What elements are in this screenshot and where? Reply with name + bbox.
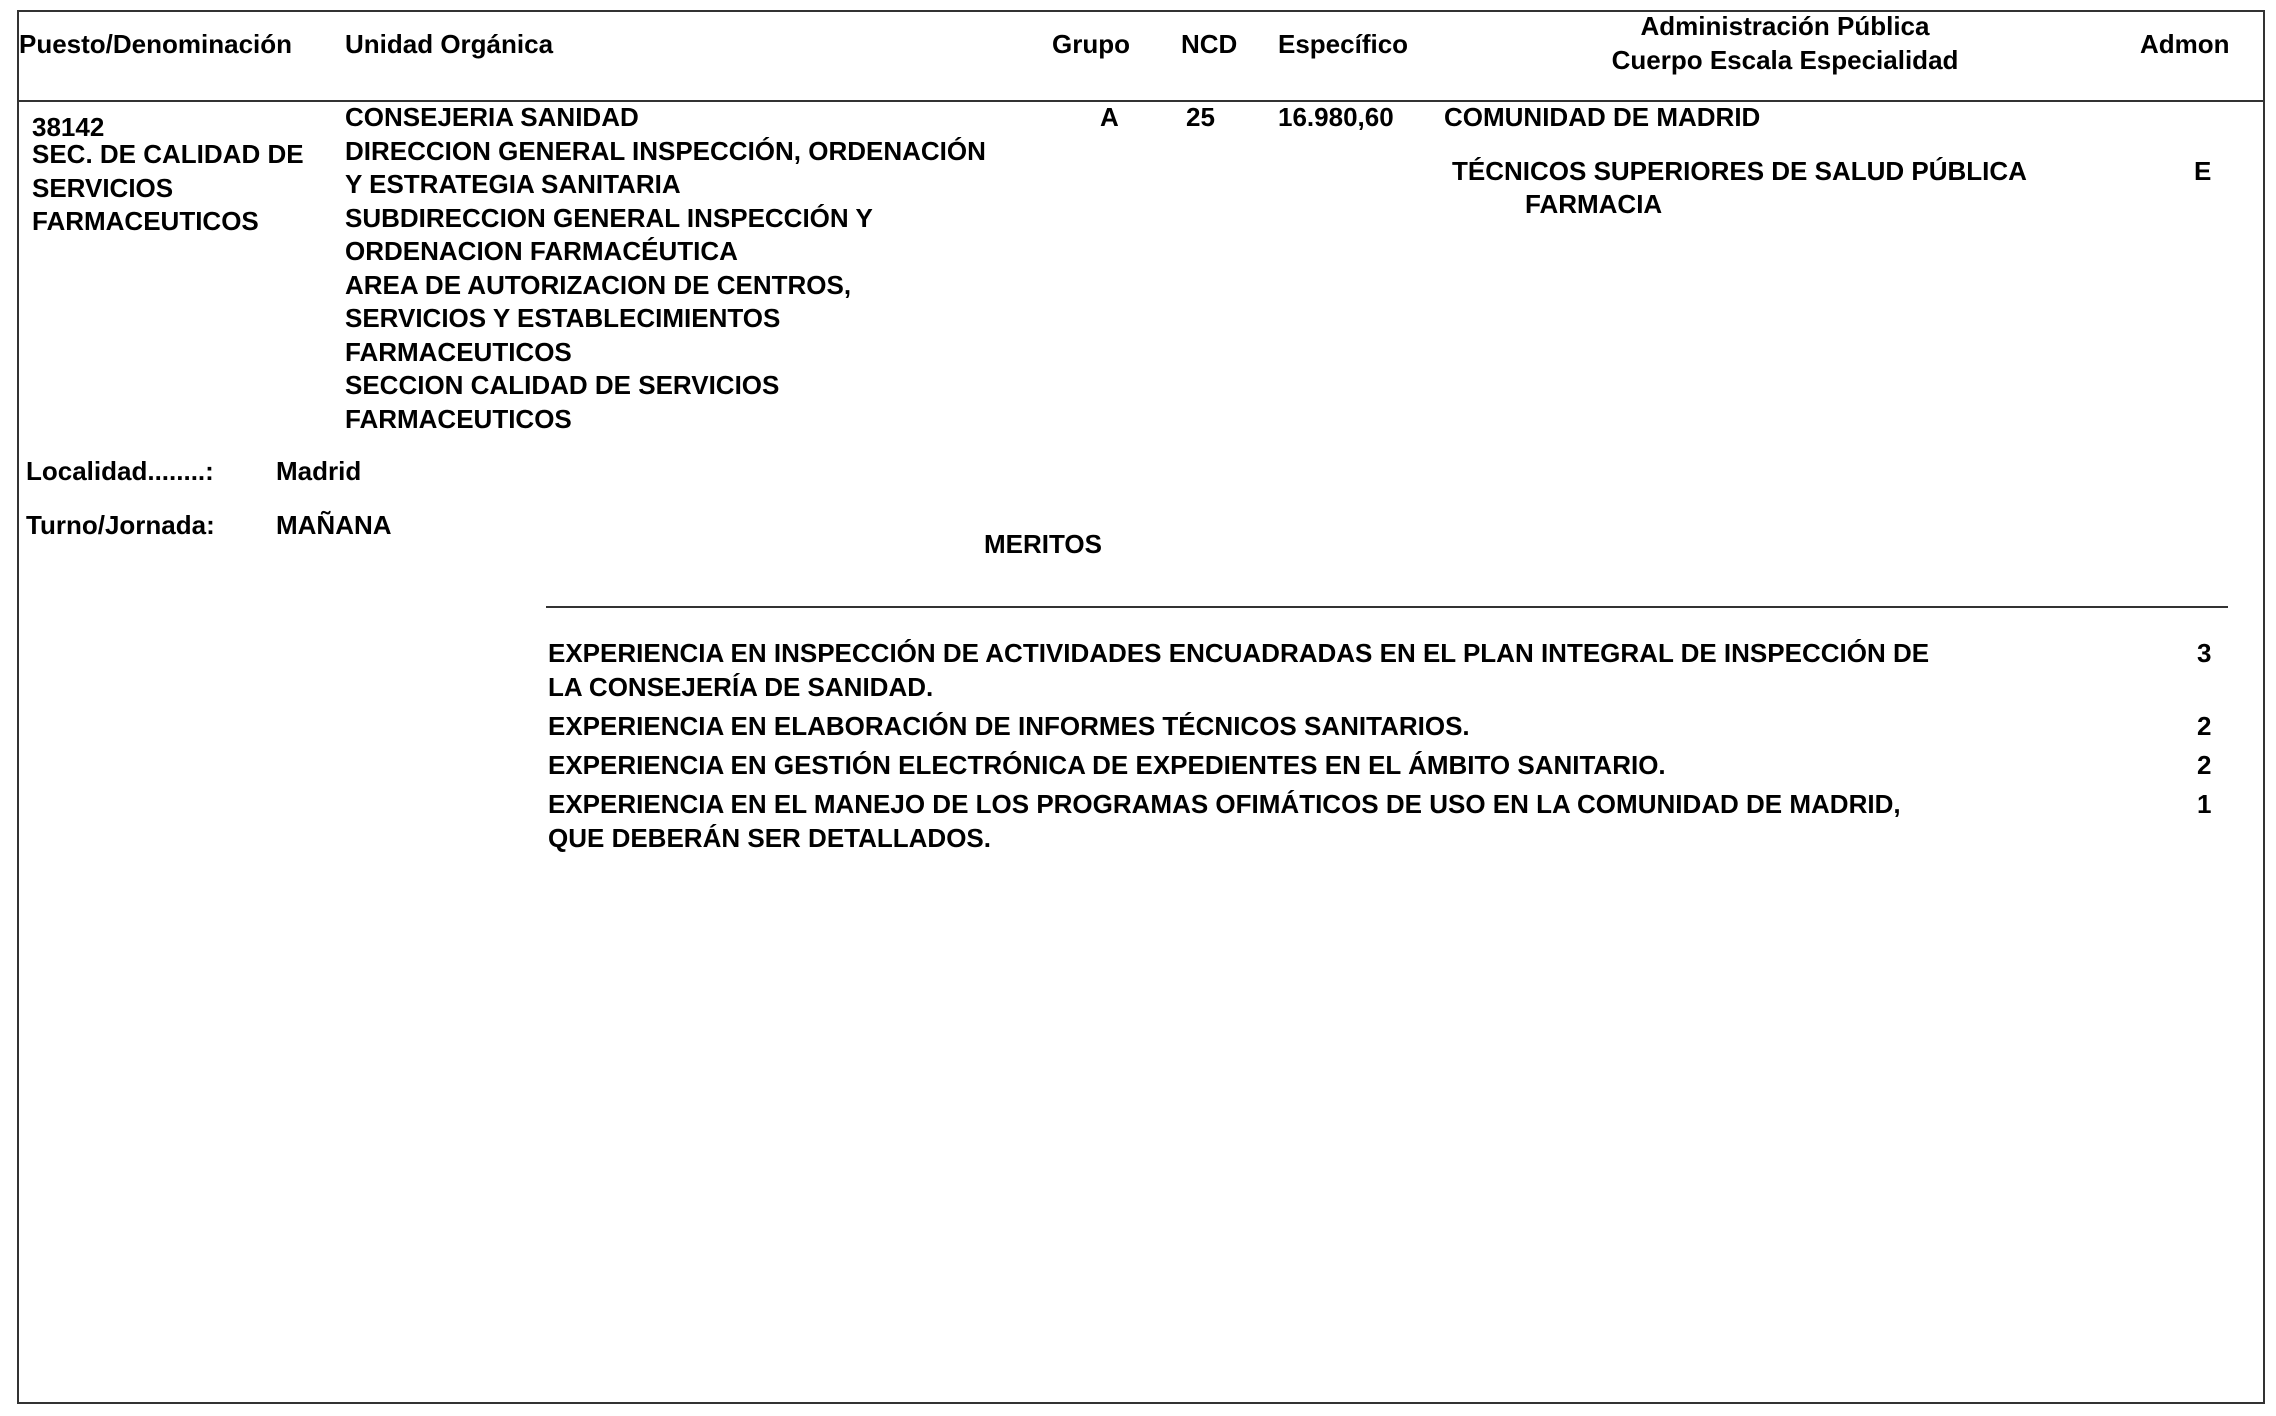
grupo-value: A bbox=[1100, 101, 1119, 135]
especialidad-value: FARMACIA bbox=[1525, 188, 1662, 222]
unidad-organica: CONSEJERIA SANIDAD DIRECCION GENERAL INS… bbox=[345, 101, 986, 436]
especifico-value: 16.980,60 bbox=[1278, 101, 1394, 135]
cuerpo-value: TÉCNICOS SUPERIORES DE SALUD PÚBLICA bbox=[1452, 155, 2027, 189]
col-header-ncd: NCD bbox=[1181, 28, 1237, 62]
col-header-admon: Admon bbox=[2140, 28, 2230, 62]
puesto-denominacion: SEC. DE CALIDAD DE SERVICIOS FARMACEUTIC… bbox=[32, 138, 304, 239]
merito-item: EXPERIENCIA EN EL MANEJO DE LOS PROGRAMA… bbox=[548, 788, 1901, 855]
meritos-title: MERITOS bbox=[984, 528, 1102, 562]
merito-item: EXPERIENCIA EN GESTIÓN ELECTRÓNICA DE EX… bbox=[548, 749, 1666, 783]
col-header-grupo: Grupo bbox=[1052, 28, 1130, 62]
ncd-value: 25 bbox=[1186, 101, 1215, 135]
turno-label: Turno/Jornada: bbox=[26, 509, 215, 543]
col-header-administracion: Administración Pública bbox=[1560, 10, 2010, 44]
administracion-value: COMUNIDAD DE MADRID bbox=[1444, 101, 1760, 135]
merito-points: 1 bbox=[2197, 788, 2211, 822]
merito-points: 2 bbox=[2197, 749, 2211, 783]
localidad-label: Localidad........: bbox=[26, 455, 214, 489]
merito-item: EXPERIENCIA EN ELABORACIÓN DE INFORMES T… bbox=[548, 710, 1470, 744]
merito-item: EXPERIENCIA EN INSPECCIÓN DE ACTIVIDADES… bbox=[548, 637, 1929, 704]
meritos-divider bbox=[546, 606, 2228, 608]
localidad-value: Madrid bbox=[276, 455, 361, 489]
merito-points: 3 bbox=[2197, 637, 2211, 671]
col-header-unidad: Unidad Orgánica bbox=[345, 28, 553, 62]
admon-value: E bbox=[2194, 155, 2211, 189]
turno-value: MAÑANA bbox=[276, 509, 392, 543]
merito-points: 2 bbox=[2197, 710, 2211, 744]
col-header-especifico: Específico bbox=[1278, 28, 1408, 62]
col-header-cuerpo-escala: Cuerpo Escala Especialidad bbox=[1560, 44, 2010, 78]
col-header-puesto: Puesto/Denominación bbox=[19, 28, 292, 62]
